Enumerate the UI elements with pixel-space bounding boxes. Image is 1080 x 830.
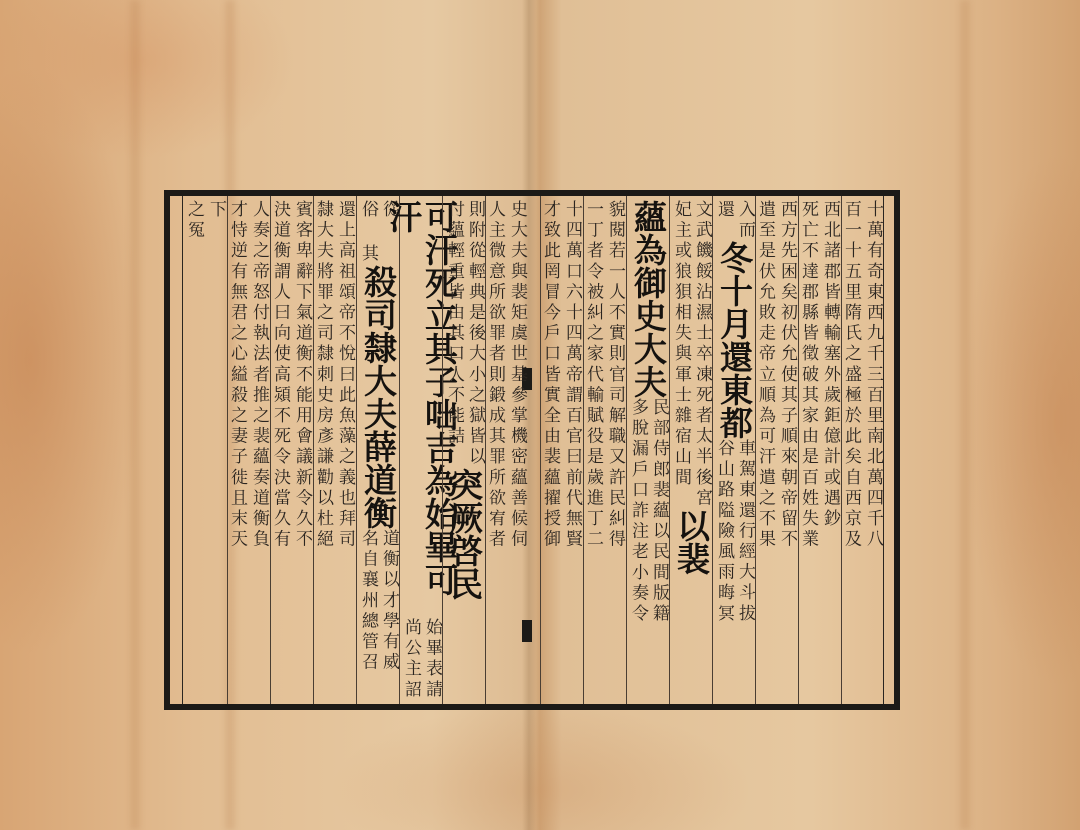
- stain-streak: [130, 0, 140, 830]
- column-line: 民部侍郎裴蘊以民間版籍: [648, 398, 669, 625]
- text-column: 史大夫與裴矩虞世基參掌機密蘊善候伺 人主微意所欲罪者則鍛成其罪所欲宥者: [485, 196, 528, 704]
- column-line: 人奏之帝怒付執法者推之裴蘊奏道衡負: [248, 200, 270, 700]
- column-line: 西北諸郡皆轉輸塞外歲鉅億計或遇鈔: [819, 200, 841, 700]
- text-column: 賓客卑辭下氣道衡不能用會議新令久不 決道衡謂人曰向使高熲不死令決當久有: [270, 196, 313, 704]
- column-line: 百一十五里隋氏之盛極於此矣自西京及: [840, 200, 862, 700]
- column-line: 谷山路隘險風雨晦冥: [713, 439, 734, 624]
- column-line: 賓客卑辭下氣道衡不能用會議新令久不: [291, 200, 313, 700]
- text-column: 十萬有奇東西九千三百里南北萬四千八 百一十五里隋氏之盛極於此矣自西京及: [841, 196, 884, 704]
- text-column: 入而 還 冬十月還東都 車駕東還行經大斗拔 谷山路隘險風雨晦冥: [712, 196, 755, 704]
- column-line: 名自襄州總管召: [357, 529, 378, 673]
- text-columns: 十萬有奇東西九千三百里南北萬四千八 百一十五里隋氏之盛極於此矣自西京及 西北諸郡…: [176, 196, 884, 704]
- text-column: 下 之冤: [193, 196, 227, 704]
- main-entry-text: 以裴: [671, 509, 711, 575]
- column-line: 史大夫與裴矩虞世基參掌機密蘊善候伺: [506, 200, 528, 700]
- text-column: 貌閱若一人不實則官司解職又許民糾得 一丁者令被糾之家代輸賦役是歲進丁二: [583, 196, 626, 704]
- column-line: 則附從輕典是後大小之獄皆以: [464, 200, 485, 468]
- column-line: 還: [713, 200, 734, 241]
- column-line: 貌閱若一人不實則官司解職又許民糾得: [604, 200, 626, 700]
- column-line: 入而: [734, 200, 755, 241]
- column-line: 才恃逆有無君之心縊殺之妻子徙且末天: [226, 200, 248, 700]
- column-line: 遣至是伏允敗走帝立順為可汗遣之不果: [754, 200, 776, 700]
- main-entry-text: 蘊為御史大夫: [628, 200, 668, 398]
- column-line: 俗 其: [357, 200, 378, 265]
- stain-streak: [960, 0, 970, 830]
- column-line: 還上高祖頌帝不悅曰此魚藻之義也拜司: [334, 200, 356, 700]
- text-column: 人奏之帝怒付執法者推之裴蘊奏道衡負 才恃逆有無君之心縊殺之妻子徙且末天: [227, 196, 270, 704]
- column-line: 之冤: [183, 200, 205, 700]
- text-column: 則附從輕典是後大小之獄皆以 付蘊輕重皆由其口人不能詰 突厥啓民: [442, 196, 485, 704]
- column-line: 文武饑餒沾濕士卒凍死者太半後宮: [691, 200, 712, 509]
- column-line: 始畢表請: [421, 618, 442, 700]
- column-line: 付蘊輕重皆由其口人不能詰: [443, 200, 464, 468]
- column-line: 死亡不達郡縣皆徵破其家由是百姓失業: [797, 200, 819, 700]
- text-column: 還上高祖頌帝不悅曰此魚藻之義也拜司 隸大夫將罪之司隸刺史房彥謙勸以杜絕: [313, 196, 356, 704]
- text-column: 十四萬口六十四萬帝謂百官曰前代無賢 才致此罔冒今戶口皆實全由裴蘊擢授御: [540, 196, 583, 704]
- column-line: 人主微意所欲罪者則鍛成其罪所欲宥者: [484, 200, 506, 700]
- text-column: 可汗死立其子咄吉為始畢可汗 始畢表請 尚公主詔: [399, 196, 442, 704]
- column-line: 車駕東還行經大斗拔: [734, 439, 755, 624]
- column-line: 隸大夫將罪之司隸刺史房彥謙勸以杜絕: [312, 200, 334, 700]
- column-line: 十萬有奇東西九千三百里南北萬四千八: [862, 200, 884, 700]
- text-column: 文武饑餒沾濕士卒凍死者太半後宮 妃主或狼狽相失與軍士雜宿山間 以裴: [669, 196, 712, 704]
- column-line: 多脫漏戶口詐注老小奏令: [627, 398, 648, 625]
- text-column: 西方先困矣初伏允使其子順來朝帝留不 遣至是伏允敗走帝立順為可汗遣之不果: [755, 196, 798, 704]
- column-line: 一丁者令被糾之家代輸賦役是歲進丁二: [582, 200, 604, 700]
- column-line: 決道衡謂人曰向使高熲不死令決當久有: [269, 200, 291, 700]
- main-entry-text: 冬十月還東都: [714, 241, 754, 439]
- column-line: 西方先困矣初伏允使其子順來朝帝留不: [776, 200, 798, 700]
- column-line: 下: [205, 200, 227, 700]
- column-line: 尚公主詔: [400, 618, 421, 700]
- text-column: 西北諸郡皆轉輸塞外歲鉅億計或遇鈔 死亡不達郡縣皆徵破其家由是百姓失業: [798, 196, 841, 704]
- main-entry-text: 突厥啓民: [444, 468, 484, 600]
- text-column: 蘊為御史大夫 民部侍郎裴蘊以民間版籍 多脫漏戶口詐注老小奏令: [626, 196, 669, 704]
- column-line: 妃主或狼狽相失與軍士雜宿山間: [670, 200, 691, 509]
- column-line: 才致此罔冒今戶口皆實全由裴蘊擢授御: [539, 200, 561, 700]
- column-line: 十四萬口六十四萬帝謂百官曰前代無賢: [561, 200, 583, 700]
